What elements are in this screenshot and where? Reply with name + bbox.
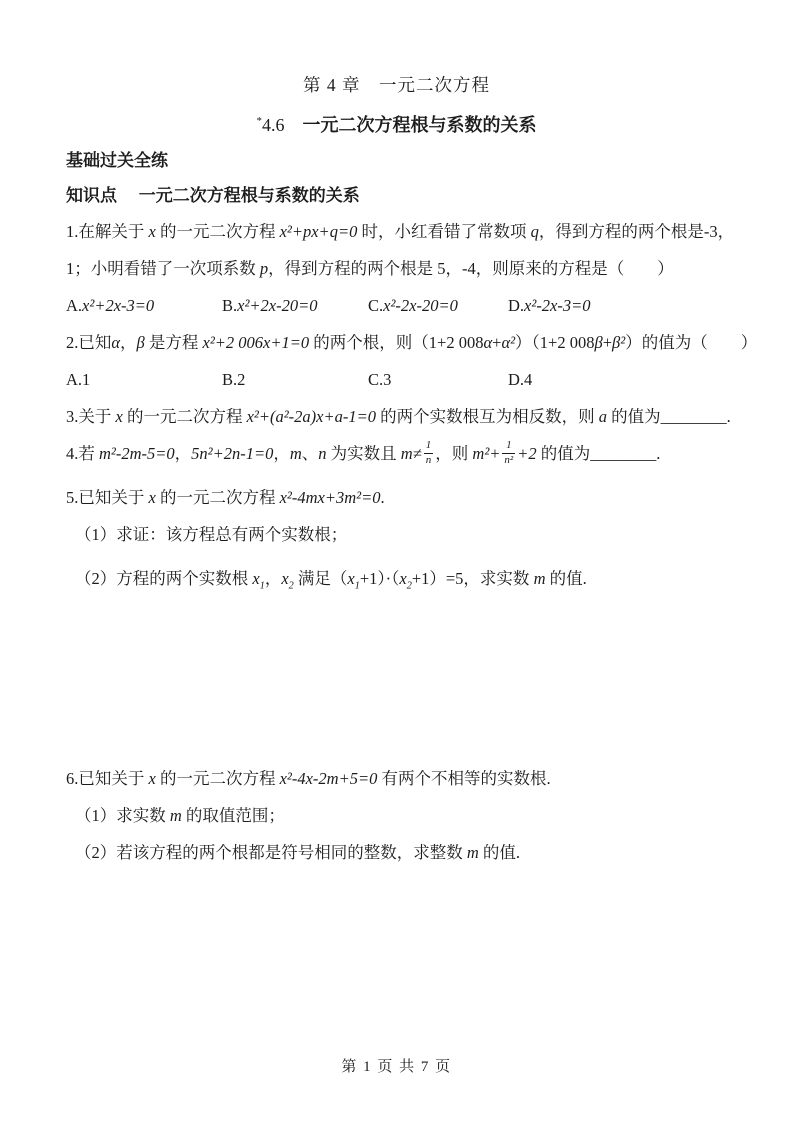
section-title: *4.6 一元二次方程根与系数的关系 xyxy=(66,109,727,137)
problem-2-line-1: 2.已知α，β 是方程 x²+2 006x+1=0 的两个根，则（1+2 008… xyxy=(66,324,727,361)
problem-6-line-1: 6.已知关于 x 的一元二次方程 x²-4x-2m+5=0 有两个不相等的实数根… xyxy=(66,760,727,797)
problem-2-option-b: B.2 xyxy=(222,361,368,398)
problem-1-option-d: D.x²-2x-3=0 xyxy=(508,287,727,324)
problem-4-line-1: 4.若 m²-2m-5=0，5n²+2n-1=0，m、n 为实数且 m≠1n，则… xyxy=(66,435,727,472)
problem-2-option-a: A.1 xyxy=(66,361,222,398)
problem-5-line-1: 5.已知关于 x 的一元二次方程 x²-4mx+3m²=0. xyxy=(66,479,727,516)
problem-2-option-c: C.3 xyxy=(368,361,508,398)
problem-6-part-1: （1）求实数 m 的取值范围； xyxy=(66,797,727,834)
problem-1-line-2: 1；小明看错了一次项系数 p，得到方程的两个根是 5，-4，则原来的方程是（ ） xyxy=(66,250,727,287)
problem-1-option-a: A.x²+2x-3=0 xyxy=(66,287,222,324)
page-content: 第 4 章 一元二次方程 *4.6 一元二次方程根与系数的关系 基础过关全练 知… xyxy=(0,0,793,871)
knowledge-point-title: 一元二次方程根与系数的关系 xyxy=(139,186,360,205)
problem-1-options: A.x²+2x-3=0 B.x²+2x-20=0 C.x²-2x-20=0 D.… xyxy=(66,287,727,324)
chapter-title: 第 4 章 一元二次方程 xyxy=(66,74,727,96)
problem-3-line-1: 3.关于 x 的一元二次方程 x²+(a²-2a)x+a-1=0 的两个实数根互… xyxy=(66,398,727,435)
problem-5-part-2: （2）方程的两个实数根 x1，x2 满足（x1+1）·（x2+1）=5，求实数 … xyxy=(66,560,727,604)
heading-knowledge-point: 知识点 一元二次方程根与系数的关系 xyxy=(66,185,727,207)
fraction: 1n² xyxy=(502,439,515,468)
worksheet-page: 第 4 章 一元二次方程 *4.6 一元二次方程根与系数的关系 基础过关全练 知… xyxy=(0,0,793,1122)
problem-5-part-1: （1）求证：该方程总有两个实数根； xyxy=(66,516,727,553)
problem-1-line-1: 1.在解关于 x 的一元二次方程 x²+px+q=0 时，小红看错了常数项 q，… xyxy=(66,213,727,250)
problem-1-option-c: C.x²-2x-20=0 xyxy=(368,287,508,324)
blank-workspace xyxy=(66,604,727,760)
problem-1-option-b: B.x²+2x-20=0 xyxy=(222,287,368,324)
page-number-footer: 第 1 页 共 7 页 xyxy=(0,1056,793,1078)
knowledge-point-label: 知识点 xyxy=(66,186,117,205)
problem-6-part-2: （2）若该方程的两个根都是符号相同的整数，求整数 m 的值. xyxy=(66,834,727,871)
heading-practice: 基础过关全练 xyxy=(66,150,727,172)
problem-2-options: A.1 B.2 C.3 D.4 xyxy=(66,361,727,398)
fraction: 1n xyxy=(424,439,434,468)
problem-2-option-d: D.4 xyxy=(508,361,727,398)
